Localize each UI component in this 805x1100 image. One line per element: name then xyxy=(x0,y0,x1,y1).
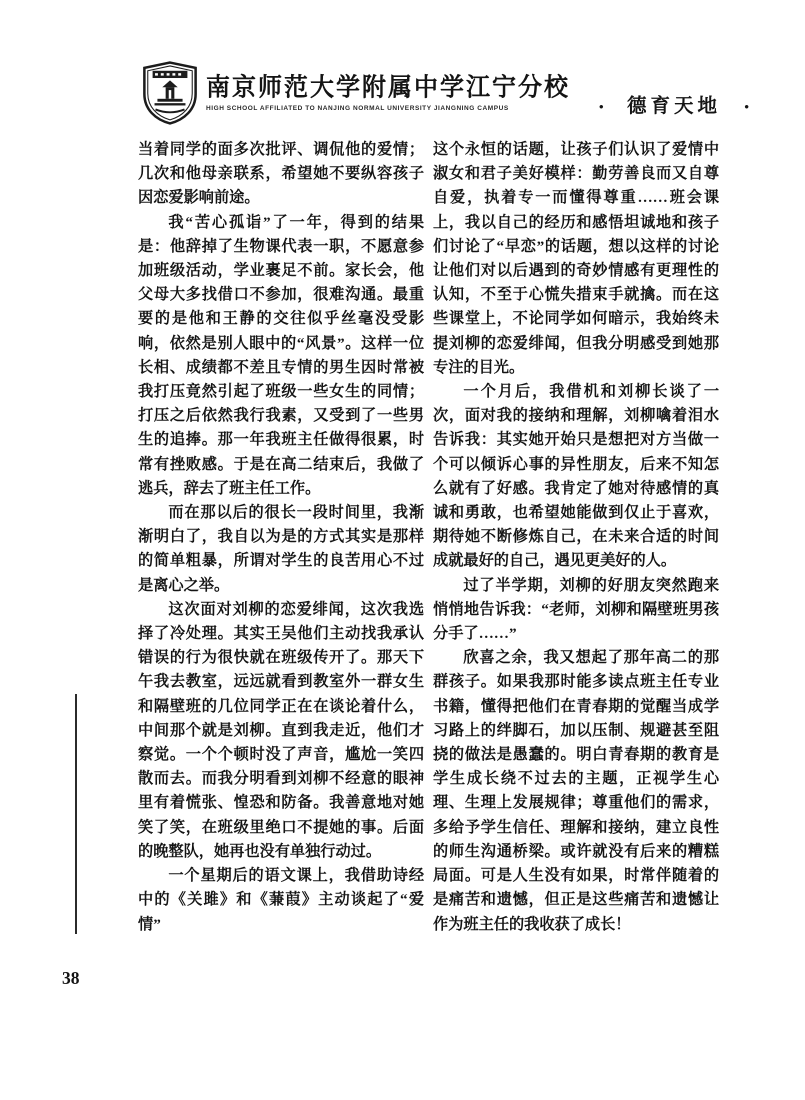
school-name-chinese: 南京师范大学附属中学江宁分校 xyxy=(206,66,570,103)
school-emblem-icon xyxy=(141,61,199,125)
section-title-label: 德育天地 xyxy=(627,95,721,119)
article-column-right: 这个永恒的话题，让孩子们认识了爱情中淑女和君子美好模样：勤劳善良而又自尊自爱，执… xyxy=(433,138,719,937)
paragraph: 我“苦心孤诣”了一年，得到的结果是：他辞掉了生物课代表一职，不愿意参加班级活动，… xyxy=(138,211,424,501)
paragraph: 一个月后，我借机和刘柳长谈了一次，面对我的接纳和理解，刘柳噙着泪水告诉我：其实她… xyxy=(433,380,719,574)
paragraph: 过了半学期，刘柳的好朋友突然跑来悄悄地告诉我：“老师，刘柳和隔壁班男孩分手了……… xyxy=(433,574,719,647)
school-brand: 南京师范大学附属中学江宁分校 HIGH SCHOOL AFFILIATED TO… xyxy=(141,61,570,125)
paragraph: 当着同学的面多次批评、调侃他的爱情；几次和他母亲联系，希望她不要纵容孩子因恋爱影… xyxy=(138,138,424,211)
article-column-left: 当着同学的面多次批评、调侃他的爱情；几次和他母亲联系，希望她不要纵容孩子因恋爱影… xyxy=(138,138,424,937)
paragraph: 这次面对刘柳的恋爱绯闻，这次我选择了冷处理。其实王吴他们主动找我承认错误的行为很… xyxy=(138,598,424,864)
margin-rule xyxy=(75,694,77,934)
school-name-block: 南京师范大学附属中学江宁分校 HIGH SCHOOL AFFILIATED TO… xyxy=(206,61,570,112)
page-number: 38 xyxy=(62,968,80,989)
school-name-english: HIGH SCHOOL AFFILIATED TO NANJING NORMAL… xyxy=(206,105,570,112)
section-title: • 德育天地 • xyxy=(599,95,749,119)
article-body: 当着同学的面多次批评、调侃他的爱情；几次和他母亲联系，希望她不要纵容孩子因恋爱影… xyxy=(138,138,719,937)
bullet-left-icon: • xyxy=(599,95,604,119)
paragraph: 一个星期后的语文课上，我借助诗经中的《关雎》和《蒹葭》主动谈起了“爱情” xyxy=(138,864,424,937)
paragraph: 这个永恒的话题，让孩子们认识了爱情中淑女和君子美好模样：勤劳善良而又自尊自爱，执… xyxy=(433,138,719,380)
paragraph: 欣喜之余，我又想起了那年高二的那群孩子。如果我那时能多读点班主任专业书籍，懂得把… xyxy=(433,646,719,936)
bullet-right-icon: • xyxy=(744,95,749,119)
paragraph: 而在那以后的很长一段时间里，我渐渐明白了，我自以为是的方式其实是那样的简单粗暴，… xyxy=(138,501,424,598)
scanned-document-page: 南京师范大学附属中学江宁分校 HIGH SCHOOL AFFILIATED TO… xyxy=(0,0,805,1100)
